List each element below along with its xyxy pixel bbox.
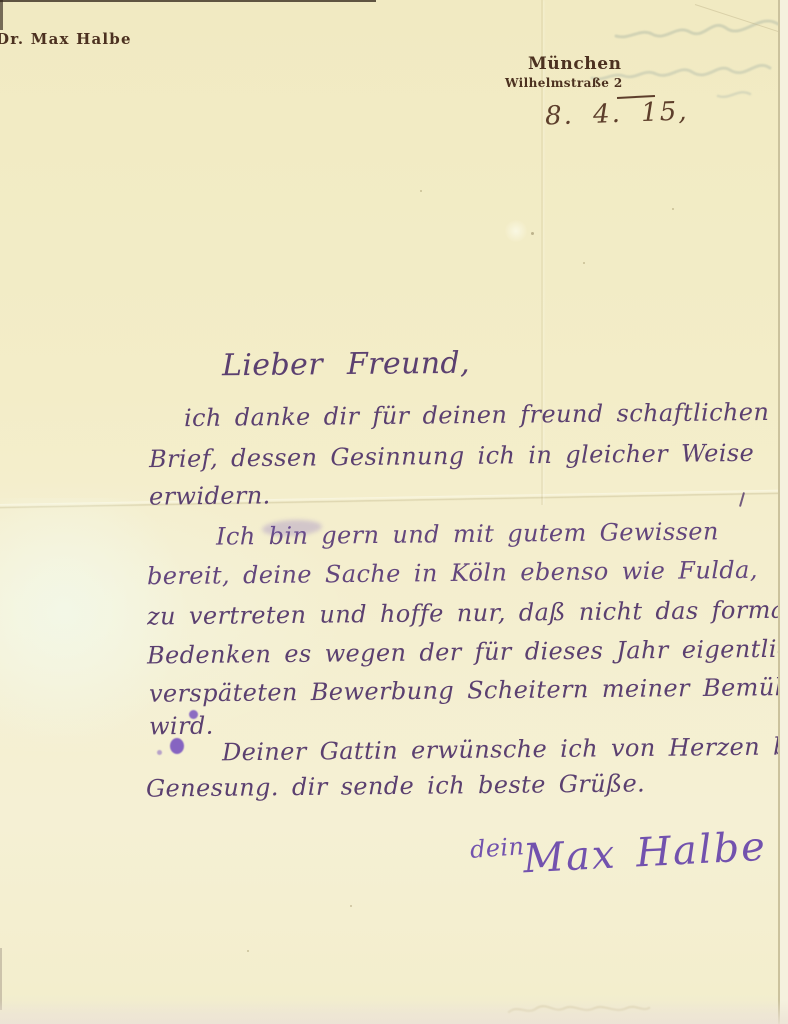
ink-blot [170,738,184,754]
body-line: Genesung. dir sende ich beste Grüße. [146,769,645,802]
backing-sheet-strip [780,0,788,1024]
paper-speck [690,455,692,457]
salutation: Lieber Freund, [222,346,470,384]
paper-speck [247,950,249,952]
letterhead-city: München [528,54,622,74]
scan-edge-bottom [0,1000,788,1024]
paper-speck [420,190,422,192]
letterhead-sender: Dr. Max Halbe [0,30,132,48]
date-comma: , [678,97,689,127]
date-month: 4. [593,99,623,130]
date-year: 15 [641,97,679,128]
scan-edge-top [0,0,376,2]
handwritten-date: 8. 4. 15, [545,97,689,132]
body-line: wird. [149,712,214,741]
paper-speck [583,262,585,264]
body-line: erwidern. [149,481,271,510]
paper-speck [531,232,534,235]
scanned-letter: Dr. Max Halbe München Wilhelmstraße 2 8.… [0,0,788,1024]
paper-speck [672,208,674,210]
paper-light-spot [504,220,528,242]
letterhead-street: Wilhelmstraße 2 [505,76,623,90]
scan-edge-left-top [0,0,3,30]
closing: dein [469,832,525,864]
paper-speck [350,905,352,907]
ink-blot [157,750,162,755]
date-day: 8. [545,101,575,132]
ink-blot [189,710,198,719]
body-line: Deiner Gattin erwünsche ich von Herzen b… [222,732,788,767]
